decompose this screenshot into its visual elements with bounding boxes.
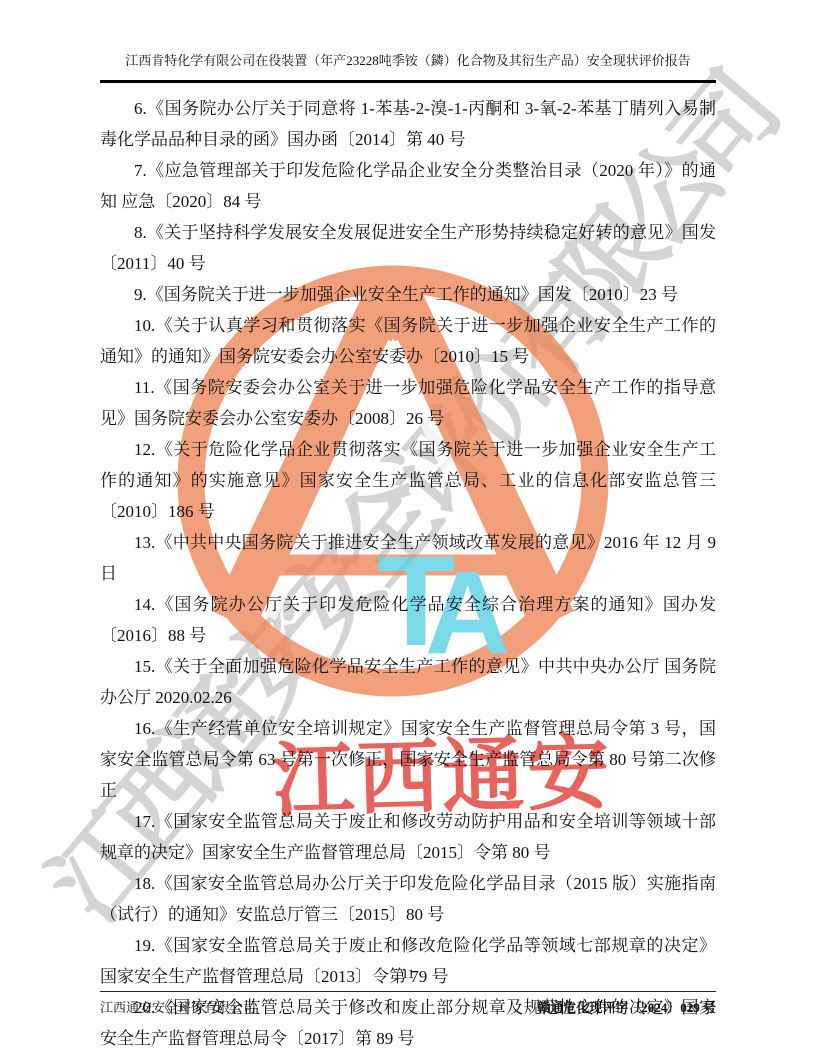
regulation-item: 18.《国家安全监管总局办公厅关于印发危险化学品目录（2015 版）实施指南（试… (100, 868, 716, 930)
regulation-item: 19.《国家安全监管总局关于废止和修改危险化学品等领域七部规章的决定》国家安全生… (100, 930, 716, 992)
footer-rule (100, 991, 716, 992)
page-content: 江西肯特化学有限公司在役装置（年产23228吨季铵（鏻）化合物及其衍生产品）安全… (0, 0, 816, 1056)
regulation-item: 16.《生产经营单位安全培训规定》国家安全生产监督管理总局令第 3 号，国家安全… (100, 713, 716, 806)
report-page: 江西通安安全评价有限公司 T A 江西通安 江西肯特化学有限公司在役装置（年产2… (0, 0, 816, 1056)
footer-company-name: 江西通安安全评价有限公司 (100, 999, 256, 1016)
footer-document-number: 赣通危化现评字〔2024〕029 号 (537, 999, 716, 1016)
regulation-item: 17.《国家安全监管总局关于废止和修改劳动防护用品和安全培训等领域十部规章的决定… (100, 806, 716, 868)
regulation-item: 10.《关于认真学习和贯彻落实《国务院关于进一步加强企业安全生产工作的通知》的通… (100, 310, 716, 372)
report-header-title: 江西肯特化学有限公司在役装置（年产23228吨季铵（鏻）化合物及其衍生产品）安全… (100, 52, 716, 69)
regulation-item: 12.《关于危险化学品企业贯彻落实《国务院关于进一步加强企业安全生产工作的通知》… (100, 434, 716, 527)
header-rule (100, 80, 716, 83)
regulation-item: 14.《国务院办公厅关于印发危险化学品安全综合治理方案的通知》国办发〔2016〕… (100, 589, 716, 651)
regulation-item: 7.《应急管理部关于印发危险化学品企业安全分类整治目录（2020 年）》的通知 … (100, 155, 716, 217)
regulation-item: 9.《国务院关于进一步加强企业安全生产工作的通知》国发〔2010〕23 号 (100, 279, 716, 310)
regulation-item: 13.《中共中央国务院关于推进安全生产领域改革发展的意见》2016 年 12 月… (100, 527, 716, 589)
regulation-list: 6.《国务院办公厅关于同意将 1-苯基-2-溴-1-丙酮和 3-氧-2-苯基丁腈… (100, 93, 716, 1054)
page-number: 11 (0, 966, 816, 982)
regulation-item: 11.《国务院安委会办公室关于进一步加强危险化学品安全生产工作的指导意见》国务院… (100, 372, 716, 434)
page-footer: 江西通安安全评价有限公司 赣通危化现评字〔2024〕029 号 (100, 999, 716, 1016)
regulation-item: 8.《关于坚持科学发展安全发展促进安全生产形势持续稳定好转的意见》国发〔2011… (100, 217, 716, 279)
regulation-item: 6.《国务院办公厅关于同意将 1-苯基-2-溴-1-丙酮和 3-氧-2-苯基丁腈… (100, 93, 716, 155)
regulation-item: 15.《关于全面加强危险化学品安全生产工作的意见》中共中央办公厅 国务院办公厅 … (100, 651, 716, 713)
